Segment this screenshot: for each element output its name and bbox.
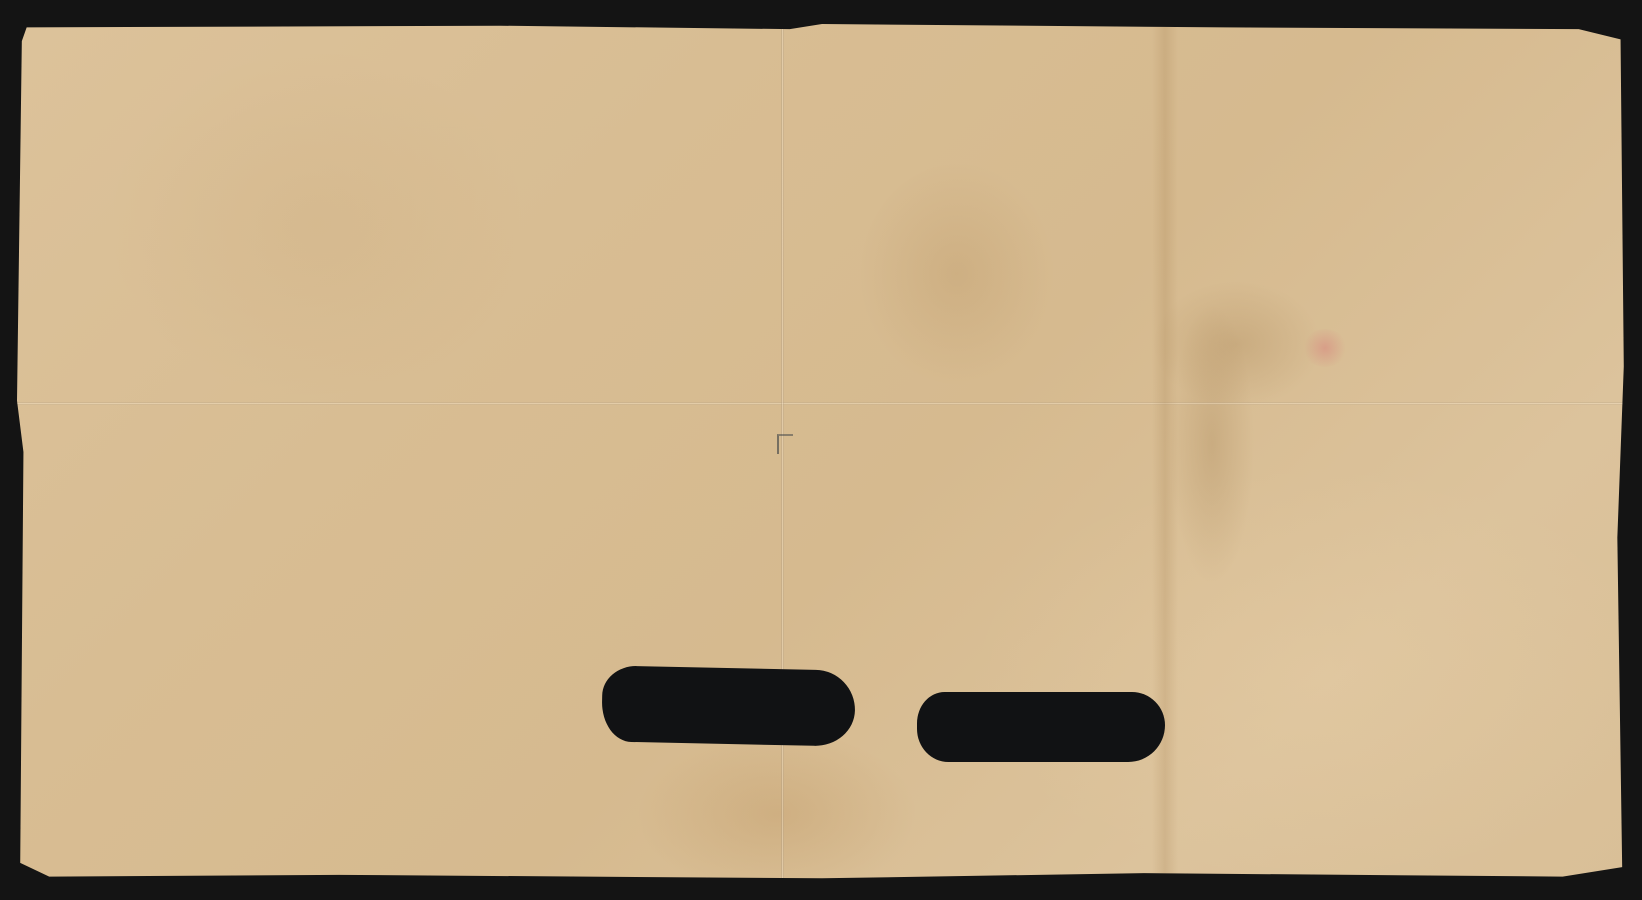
fold-intersection-mark [777,434,793,454]
photo-scene [0,0,1642,900]
cancellation-hole-left [601,665,856,746]
cancellation-hole-right [917,692,1165,762]
horizontal-fold [17,402,1627,405]
banknote-reverse [17,24,1627,880]
red-stain [1302,329,1348,367]
stain-band [1152,24,1178,880]
